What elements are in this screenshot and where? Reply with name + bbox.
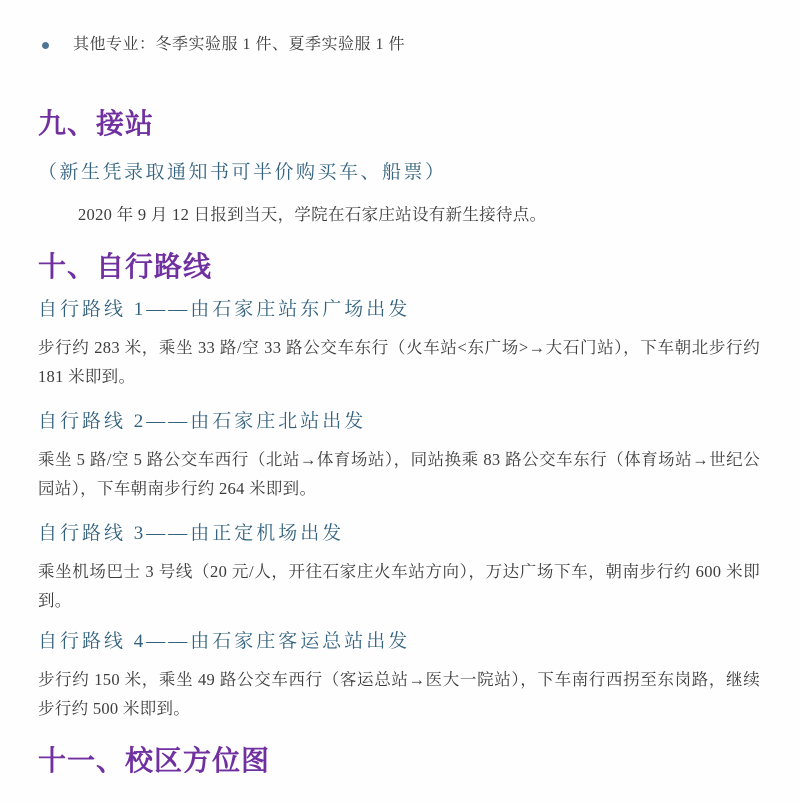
route-4-heading: 自行路线 4——由石家庄客运总站出发 bbox=[38, 629, 760, 655]
route-2-heading: 自行路线 2——由石家庄北站出发 bbox=[38, 409, 760, 435]
route-1-heading: 自行路线 1——由石家庄站东广场出发 bbox=[38, 297, 760, 323]
section-routes-heading: 十、自行路线 bbox=[38, 251, 760, 283]
route-block-4: 自行路线 4——由石家庄客运总站出发 步行约 150 米，乘坐 49 路公交车西… bbox=[38, 629, 760, 723]
bullet-icon bbox=[42, 42, 49, 49]
route-block-3: 自行路线 3——由正定机场出发 乘坐机场巴士 3 号线（20 元/人，开往石家庄… bbox=[38, 521, 760, 615]
route-4-body: 步行约 150 米，乘坐 49 路公交车西行（客运总站→医大一院站），下车南行西… bbox=[38, 665, 760, 723]
route-2-body: 乘坐 5 路/空 5 路公交车西行（北站→体育场站），同站换乘 83 路公交车东… bbox=[38, 445, 760, 503]
route-3-body: 乘坐机场巴士 3 号线（20 元/人，开往石家庄火车站方向），万达广场下车，朝南… bbox=[38, 557, 760, 615]
section-map-heading: 十一、校区方位图 bbox=[38, 745, 760, 777]
pickup-ticket-note: （新生凭录取通知书可半价购买车、船票） bbox=[38, 160, 760, 186]
route-3-heading: 自行路线 3——由正定机场出发 bbox=[38, 521, 760, 547]
pickup-paragraph: 2020 年 9 月 12 日报到当天，学院在石家庄站设有新生接待点。 bbox=[38, 202, 760, 228]
route-block-2: 自行路线 2——由石家庄北站出发 乘坐 5 路/空 5 路公交车西行（北站→体育… bbox=[38, 409, 760, 503]
section-pickup-heading: 九、接站 bbox=[38, 108, 760, 140]
route-1-body: 步行约 283 米，乘坐 33 路/空 33 路公交车东行（火车站<东广场>→大… bbox=[38, 333, 760, 391]
list-item-text: 其他专业：冬季实验服 1 件、夏季实验服 1 件 bbox=[59, 34, 405, 56]
document-page: 其他专业：冬季实验服 1 件、夏季实验服 1 件 九、接站 （新生凭录取通知书可… bbox=[0, 0, 800, 803]
list-item: 其他专业：冬季实验服 1 件、夏季实验服 1 件 bbox=[40, 34, 760, 56]
route-block-1: 自行路线 1——由石家庄站东广场出发 步行约 283 米，乘坐 33 路/空 3… bbox=[38, 297, 760, 391]
